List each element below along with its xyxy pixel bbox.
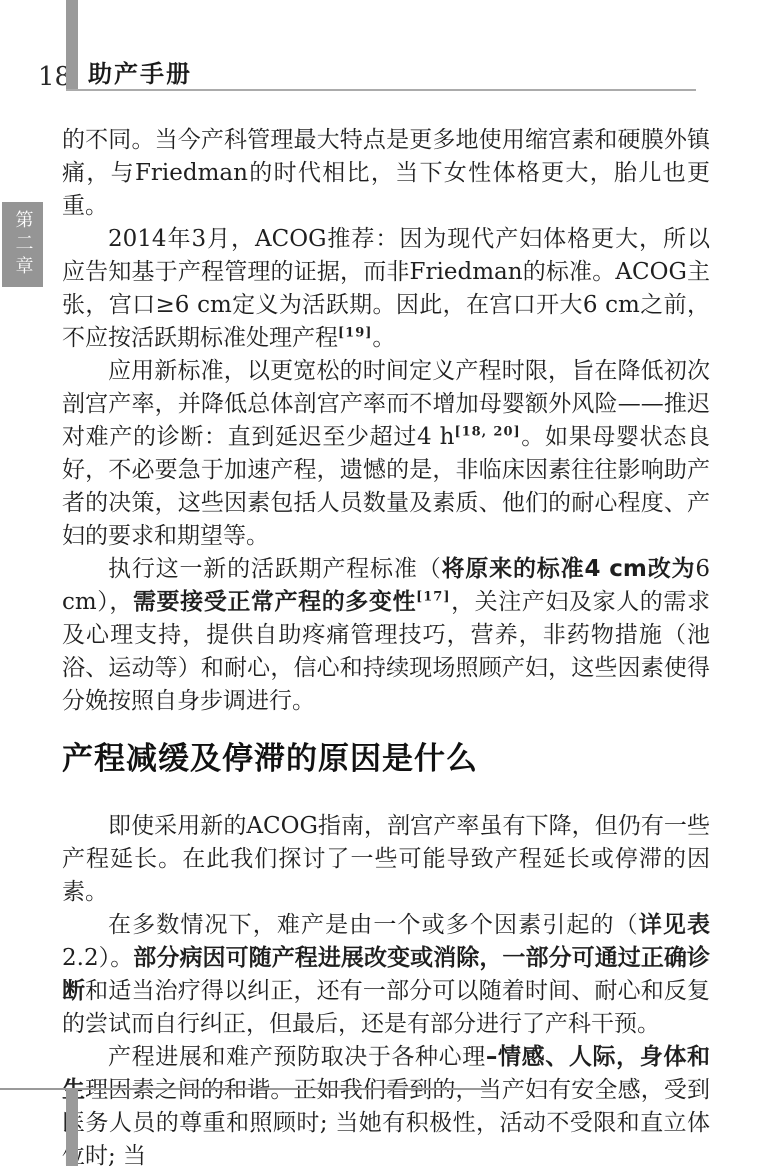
body-text: 产程进展和难产预防取决于各种心理 (108, 1044, 486, 1070)
body-text: 即使采用新的ACOG指南，剖宫产率虽有下降，但仍有一些产程延长。在此我们探讨了一… (62, 813, 710, 905)
paragraph: 执行这一新的活跃期产程标准（将原来的标准4 cm改为6 cm），需要接受正常产程… (62, 553, 710, 718)
paragraph: 应用新标准，以更宽松的时间定义产程时限，旨在降低初次剖宫产率，并降低总体剖宫产率… (62, 355, 710, 553)
paragraph: 产程进展和难产预防取决于各种心理–情感、人际，身体和生理因素之间的和谐。正如我们… (62, 1041, 710, 1166)
paragraph: 即使采用新的ACOG指南，剖宫产率虽有下降，但仍有一些产程延长。在此我们探讨了一… (62, 810, 710, 909)
chapter-tab: 第二章 (2, 202, 43, 287)
bold-text: 需要接受正常产程的多变性 (133, 589, 416, 615)
reference-superscript: [17] (416, 589, 450, 604)
book-page: 18 助产手册 第二章 的不同。当今产科管理最大特点是更多地使用缩宫素和硬膜外镇… (0, 0, 773, 1166)
header-bar (66, 0, 78, 90)
chapter-tab-label: 第二章 (10, 210, 36, 279)
footer-bar (66, 1090, 78, 1166)
body-text: 的不同。当今产科管理最大特点是更多地使用缩宫素和硬膜外镇痛，与Friedman的… (62, 127, 710, 219)
body-text: 在多数情况下，难产是由一个或多个因素引起的（ (108, 912, 639, 938)
reference-superscript: [19] (338, 325, 372, 340)
bold-text: 详见表 (639, 912, 710, 938)
body-content: 的不同。当今产科管理最大特点是更多地使用缩宫素和硬膜外镇痛，与Friedman的… (62, 124, 710, 1166)
body-text: 理因素之间的和谐。正如我们看到的，当产妇有安全感，受到医务人员的尊重和照顾时; … (62, 1077, 710, 1166)
body-text: 。 (372, 325, 395, 351)
section-heading: 产程减缓及停滞的原因是什么 (62, 738, 710, 780)
body-text: 2.2）。 (62, 945, 133, 971)
body-text: 执行这一新的活跃期产程标准（ (108, 556, 442, 582)
paragraph: 2014年3月，ACOG推荐：因为现代产妇体格更大，所以应告知基于产程管理的证据… (62, 223, 710, 355)
reference-superscript: [18, 20] (454, 424, 520, 439)
header-rule (66, 89, 696, 91)
paragraph: 在多数情况下，难产是由一个或多个因素引起的（详见表2.2）。部分病因可随产程进展… (62, 909, 710, 1041)
body-text: 和适当治疗得以纠正，还有一部分可以随着时间、耐心和反复的尝试而自行纠正，但最后，… (62, 978, 710, 1037)
bold-text: 将原来的标准4 cm改为 (442, 556, 696, 582)
book-title: 助产手册 (88, 54, 192, 89)
paragraph: 的不同。当今产科管理最大特点是更多地使用缩宫素和硬膜外镇痛，与Friedman的… (62, 124, 710, 223)
